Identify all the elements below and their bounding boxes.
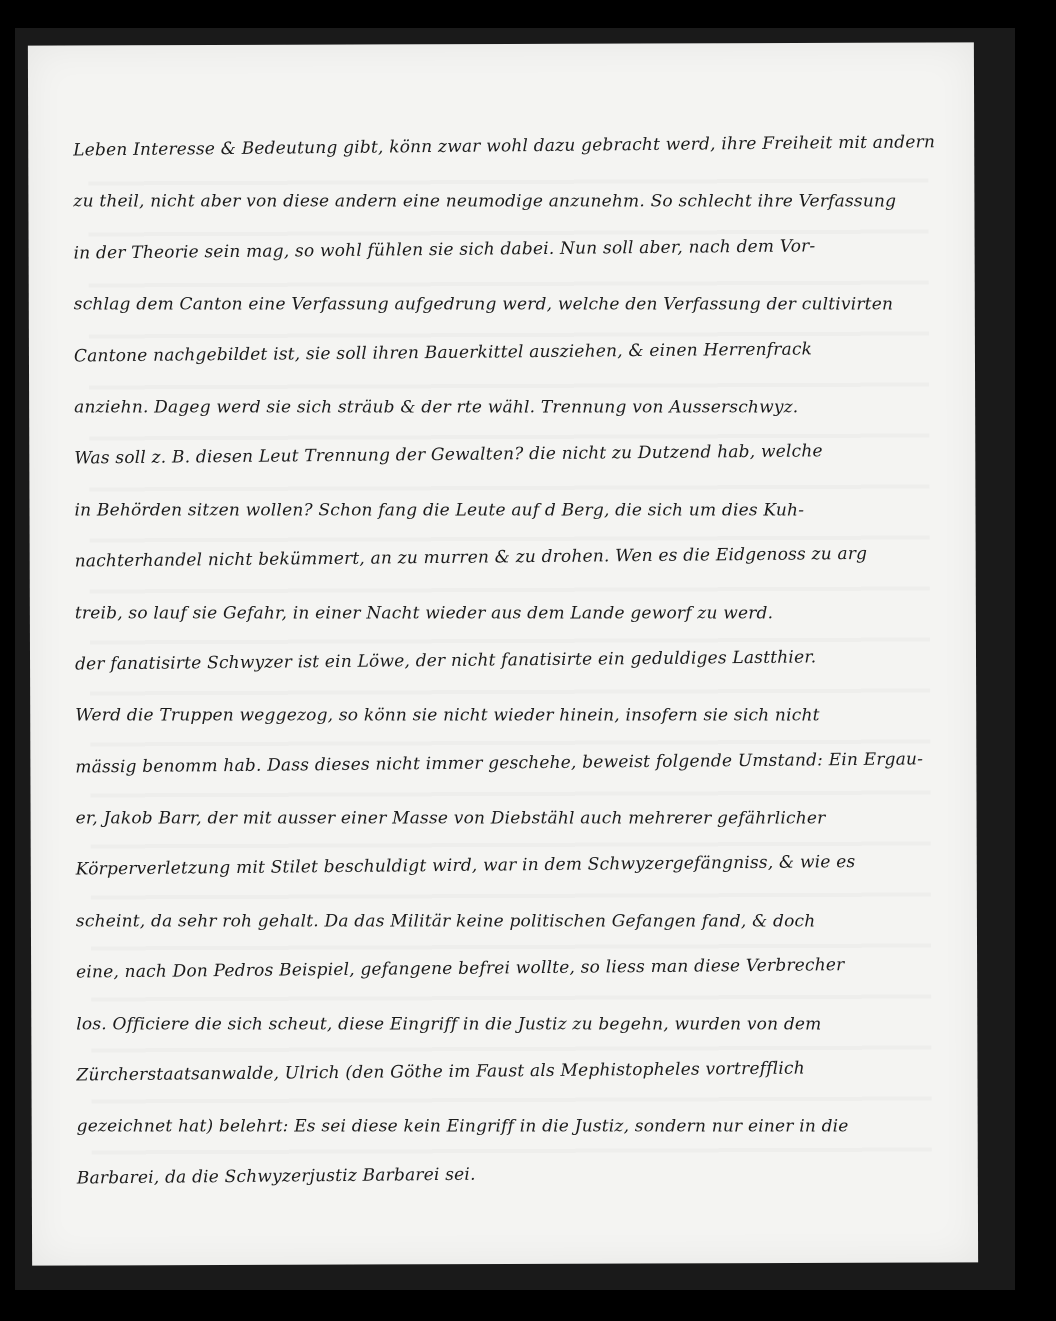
text-line: Was soll z. B. diesen Leut Trennung der … [74,425,954,485]
text-line: in der Theorie sein mag, so wohl fühlen … [73,220,953,280]
text-line: Zürcherstaatsanwalde, Ulrich (den Göthe … [76,1042,956,1102]
text-line: der fanatisirte Schwyzer ist ein Löwe, d… [75,631,955,691]
text-line: nachterhandel nicht bekümmert, an zu mur… [74,528,954,588]
handwritten-text-block: Leben Interesse & Bedeutung gibt, könn z… [73,122,957,1204]
text-line: Körperverletzung mit Stilet beschuldigt … [76,837,956,897]
text-line: Barbarei, da die Schwyzerjustiz Barbarei… [77,1145,957,1205]
manuscript-page: Leben Interesse & Bedeutung gibt, könn z… [28,42,978,1265]
text-line: eine, nach Don Pedros Beispiel, gefangen… [76,939,956,999]
text-line: Leben Interesse & Bedeutung gibt, könn z… [73,117,953,177]
text-line: mässig benomm hab. Dass dieses nicht imm… [75,734,955,794]
text-line: Cantone nachgebildet ist, sie soll ihren… [74,323,954,383]
